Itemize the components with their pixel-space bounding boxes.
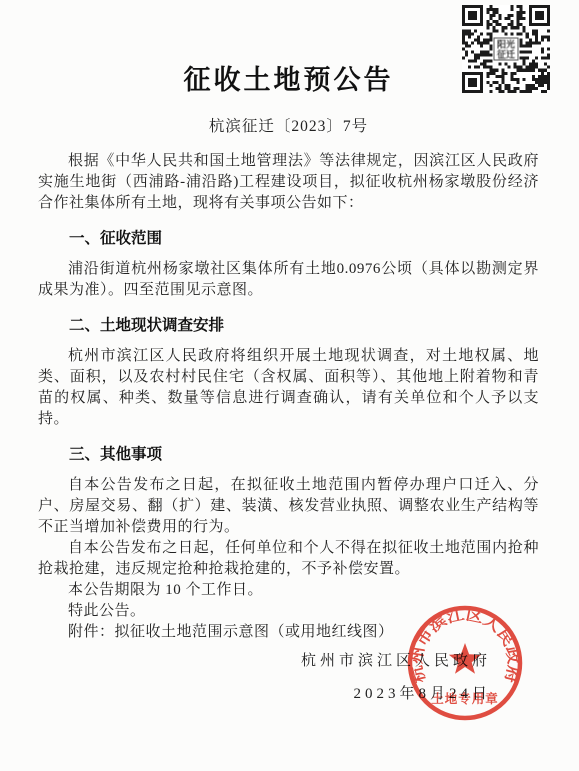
doc-number: 杭滨征迁〔2023〕7号 (38, 114, 539, 136)
section-3-heading: 三、其他事项 (38, 444, 539, 465)
intro-paragraph: 根据《中华人民共和国土地管理法》等法律规定，因滨江区人民政府实施生地街（西浦路-… (38, 151, 539, 214)
announcement-body: 根据《中华人民共和国土地管理法》等法律规定，因滨江区人民政府实施生地街（西浦路-… (38, 151, 539, 643)
seal-graphic: 杭州市滨江区人民政府 土地专用章 (405, 603, 525, 723)
section-1-heading: 一、征收范围 (38, 228, 539, 249)
section-2-paragraph: 杭州市滨江区人民政府将组织开展土地现状调查，对土地权属、地类、面积，以及农村村民… (38, 346, 539, 430)
section-3-paragraph-2: 自本公告发布之日起，任何单位和个人不得在拟征收土地范围内抢种抢栽抢建，违反规定抢… (38, 538, 539, 580)
official-seal: 杭州市滨江区人民政府 土地专用章 (405, 603, 525, 723)
section-2-heading: 二、土地现状调查安排 (38, 315, 539, 336)
qr-code (462, 5, 550, 93)
seal-star-icon (449, 643, 481, 674)
section-3-paragraph-1: 自本公告发布之日起，在拟征收土地范围内暂停办理户口迁入、分户、房屋交易、翻（扩）… (38, 475, 539, 538)
announcement-page: 征收土地预公告 杭滨征迁〔2023〕7号 根据《中华人民共和国土地管理法》等法律… (0, 0, 579, 771)
notice-period-line: 本公告期限为 10 个工作日。 (38, 580, 539, 601)
seal-bottom-text: 土地专用章 (431, 691, 499, 706)
section-1-paragraph: 浦沿街道杭州杨家墩社区集体所有土地0.0976公顷（具体以勘测定界成果为准）。四… (38, 259, 539, 301)
